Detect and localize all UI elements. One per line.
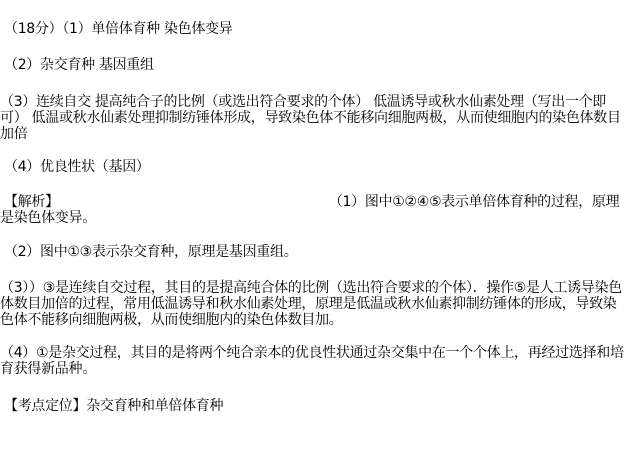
analysis-part-4: （4）①是杂交过程，其目的是将两个纯合亲本的优良性状通过杂交集中在一个个体上，再… [0,345,630,377]
analysis-part-1: 【解析】（1）图中①②④⑤表示单倍体育种的过程，原理是染色体变异。 [0,194,630,226]
answer-part-4: （4）优良性状（基因） [4,159,630,175]
analysis-text-1: （1）图中①②④⑤表示单倍体育种的过程，原理是染色体变异。 [0,194,619,226]
analysis-part-2: （2）图中①③表示杂交育种，原理是基因重组。 [4,244,630,260]
analysis-part-3: （3））③是连续自交过程，其目的是提高纯合体的比例（选出符合要求的个体）．操作⑤… [0,280,630,328]
key-point-text: 杂交育种和单倍体育种 [86,398,223,414]
answer-part-2: （2）杂交育种 基因重组 [4,57,630,73]
answer-part-1: （18分）（1）单倍体育种 染色体变异 [4,21,630,37]
answer-part-3: （3）连续自交 提高纯合子的比例（或选出符合要求的个体） 低温诱导或秋水仙素处理… [0,94,630,142]
key-point: 【考点定位】杂交育种和单倍体育种 [4,398,630,414]
key-point-label: 【考点定位】 [4,398,86,414]
analysis-heading: 【解析】 [0,194,59,210]
